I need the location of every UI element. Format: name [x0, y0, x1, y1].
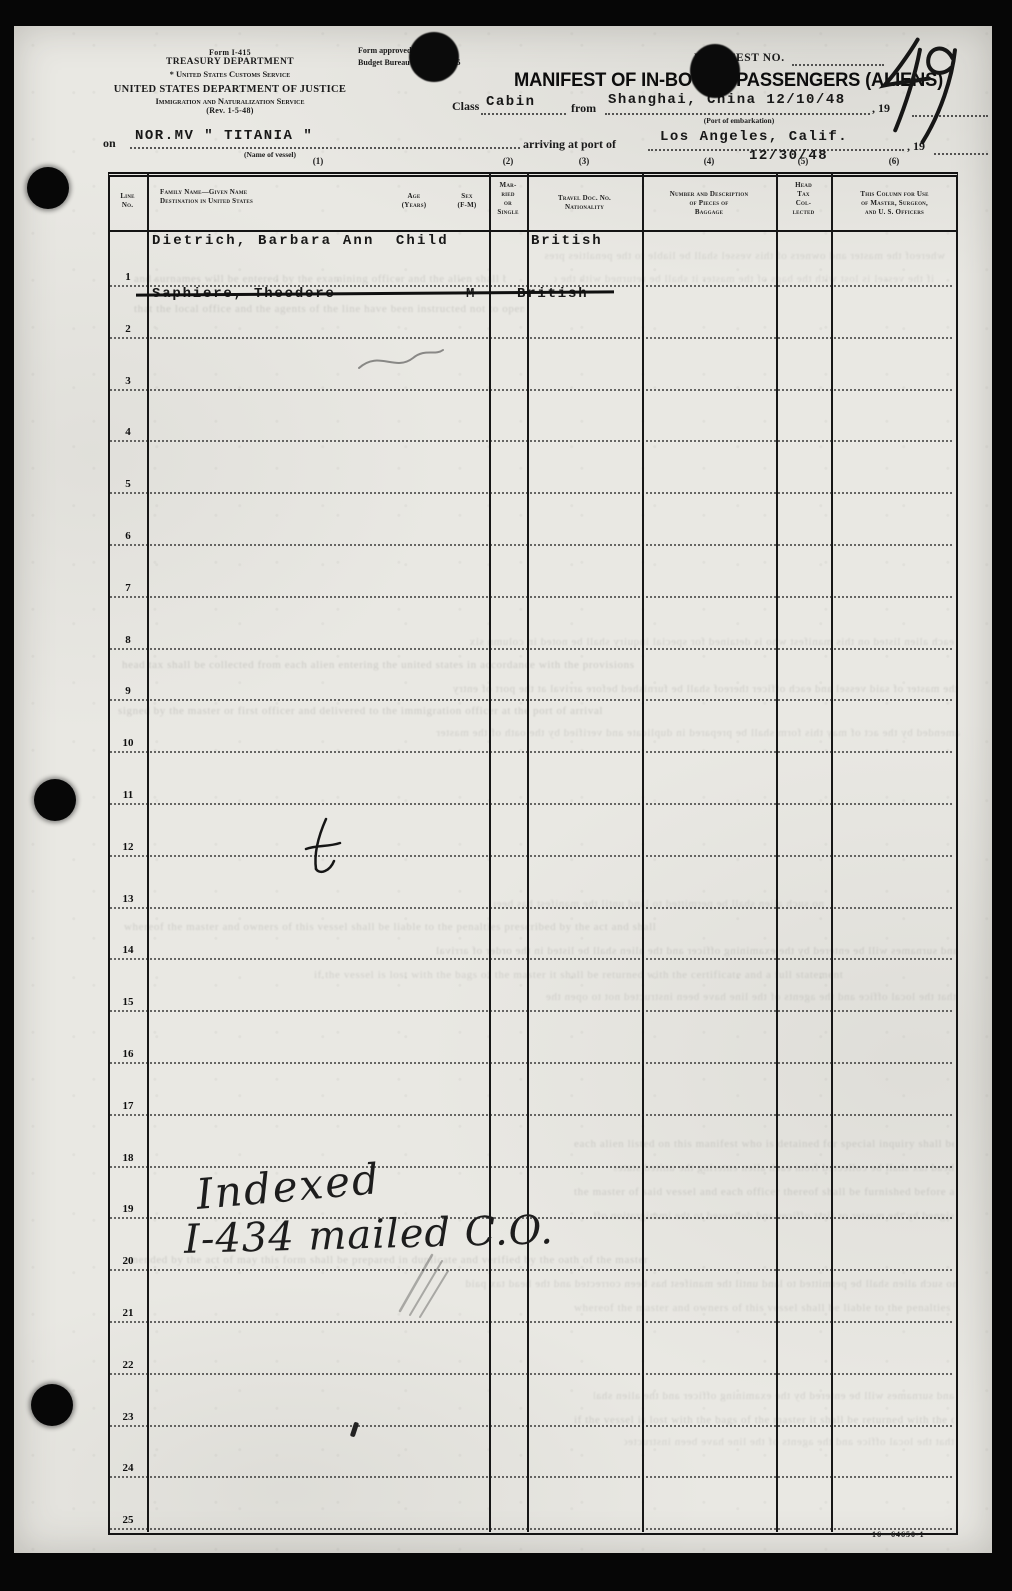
column-divider: [147, 172, 149, 1532]
column-divider: [831, 172, 833, 1532]
punch-hole: [34, 779, 76, 821]
revision-note: (Rev. 1-5-48): [90, 106, 370, 115]
header-sex: Sex (F-M): [448, 192, 486, 210]
vessel-on-label: on: [103, 136, 116, 151]
header-married-single: Mar- ried or Single: [489, 181, 527, 217]
column-divider: [489, 172, 491, 1532]
arriving-label: arriving at port of: [523, 137, 616, 152]
header-baggage: Number and Description of Pieces of Bagg…: [642, 190, 776, 217]
handwritten-mailed-note: I-434 mailed C.O.: [183, 1207, 554, 1263]
punch-hole: [31, 1384, 73, 1426]
handwritten-mark: [300, 815, 344, 877]
dotted-line: [130, 145, 520, 149]
ink-blot: [690, 44, 740, 98]
header-travel-doc: Travel Doc. No. Nationality: [527, 194, 642, 212]
column-number-4: (4): [689, 156, 729, 166]
dotted-line: [605, 111, 870, 115]
column-divider: [776, 172, 778, 1532]
customs-service: * United States Customs Service: [90, 69, 370, 79]
column-number-6: (6): [874, 156, 914, 166]
column-divider: [527, 172, 529, 1532]
vessel-name-value: NOR.MV " TITANIA ": [135, 128, 313, 144]
class-label: Class: [452, 99, 479, 114]
handwritten-manifest-number-49: [872, 31, 970, 152]
scanned-manifest-page: Form I-415 TREASURY DEPARTMENT * United …: [14, 26, 992, 1553]
passenger-nationality: British: [531, 233, 602, 249]
column-number-3: (3): [564, 156, 604, 166]
header-line-no: Line No.: [108, 192, 147, 210]
header-divider: [108, 230, 956, 232]
print-code: 16—64650-1: [872, 1530, 925, 1539]
column-number-2: (2): [488, 156, 528, 166]
header-officers: This Column for Use of Master, Surgeon, …: [831, 190, 958, 217]
treasury-dept: TREASURY DEPARTMENT: [90, 57, 370, 68]
passenger-nationality-struck: British: [517, 286, 588, 302]
from-label: from: [571, 101, 596, 116]
header-name: Family Name—Given Name Destination in Un…: [160, 188, 350, 206]
column-divider: [642, 172, 644, 1532]
punch-hole: [27, 167, 69, 209]
agency-block: Form I-415 TREASURY DEPARTMENT * United …: [90, 48, 370, 115]
dotted-line: [481, 111, 566, 115]
ins-service: Immigration and Naturalization Service: [90, 96, 370, 106]
scan-frame: Form I-415 TREASURY DEPARTMENT * United …: [0, 0, 1012, 1591]
column-number-5: (5): [783, 156, 823, 166]
form-number: Form I-415: [90, 48, 370, 57]
header-head-tax: Head Tax Col- lected: [776, 181, 831, 217]
passenger-sex-struck: M: [466, 286, 476, 302]
column-number-1: (1): [298, 156, 338, 166]
embarkation-caption: (Port of embarkation): [674, 116, 804, 125]
dotted-line: [792, 62, 884, 66]
ink-blot: [409, 32, 459, 82]
class-value: Cabin: [486, 94, 536, 110]
passenger-name: Dietrich, Barbara Ann Child: [152, 233, 449, 249]
header-age: Age (Years): [392, 192, 436, 210]
arrival-port-value: Los Angeles, Calif.: [660, 129, 848, 145]
dept-of-justice: UNITED STATES DEPARTMENT OF JUSTICE: [90, 84, 370, 96]
